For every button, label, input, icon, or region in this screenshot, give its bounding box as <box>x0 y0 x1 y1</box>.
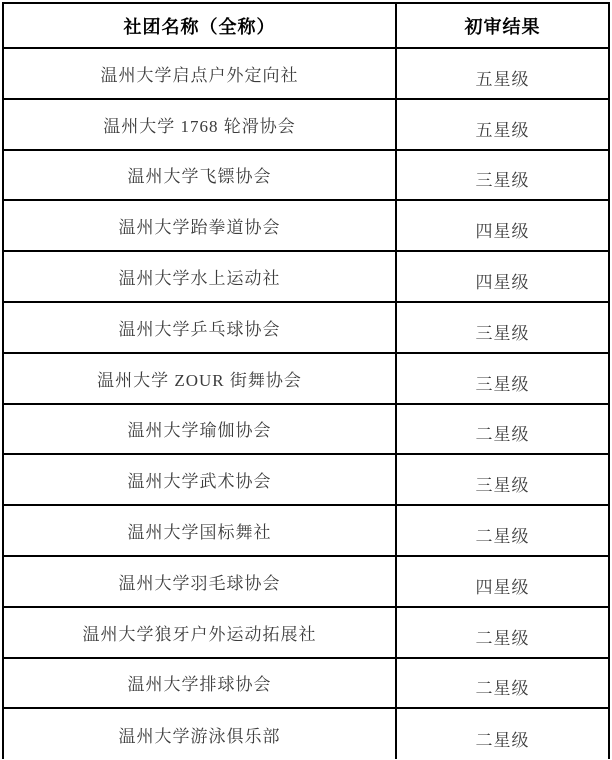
club-name: 温州大学飞镖协会 <box>128 167 272 186</box>
club-name-cell: 温州大学 1768 轮滑协会 <box>3 99 396 150</box>
review-result: 三星级 <box>476 166 530 191</box>
review-result: 二星级 <box>476 726 530 751</box>
table-header: 社团名称（全称） 初审结果 <box>3 3 609 48</box>
review-result: 三星级 <box>476 471 530 496</box>
club-name-cell: 温州大学狼牙户外运动拓展社 <box>3 607 396 658</box>
table-row: 温州大学瑜伽协会 二星级 <box>3 404 609 455</box>
club-name: 温州大学乒乓球协会 <box>119 320 281 339</box>
review-result: 三星级 <box>476 370 530 395</box>
review-result-cell: 二星级 <box>396 505 609 556</box>
review-result: 二星级 <box>476 522 530 547</box>
club-name: 温州大学武术协会 <box>128 472 272 491</box>
club-name-cell: 温州大学瑜伽协会 <box>3 404 396 455</box>
header-club-name: 社团名称（全称） <box>3 3 396 48</box>
club-name-cell: 温州大学启点户外定向社 <box>3 48 396 99</box>
club-name-cell: 温州大学乒乓球协会 <box>3 302 396 353</box>
club-name-cell: 温州大学 ZOUR 街舞协会 <box>3 353 396 404</box>
review-result: 四星级 <box>476 573 530 598</box>
review-result: 二星级 <box>476 420 530 445</box>
club-name-cell: 温州大学羽毛球协会 <box>3 556 396 607</box>
table-row: 温州大学武术协会 三星级 <box>3 454 609 505</box>
club-name-cell: 温州大学水上运动社 <box>3 251 396 302</box>
table-row: 温州大学排球协会 二星级 <box>3 658 609 709</box>
review-result: 三星级 <box>476 319 530 344</box>
review-result-cell: 二星级 <box>396 607 609 658</box>
review-result-cell: 五星级 <box>396 99 609 150</box>
club-name-cell: 温州大学跆拳道协会 <box>3 200 396 251</box>
header-club-name-label: 社团名称（全称） <box>124 17 276 37</box>
table-row: 温州大学启点户外定向社 五星级 <box>3 48 609 99</box>
table-row: 温州大学 ZOUR 街舞协会 三星级 <box>3 353 609 404</box>
header-review-result-label: 初审结果 <box>465 17 541 37</box>
review-result-cell: 四星级 <box>396 251 609 302</box>
club-name: 温州大学跆拳道协会 <box>119 218 281 237</box>
table-row: 温州大学狼牙户外运动拓展社 二星级 <box>3 607 609 658</box>
header-review-result: 初审结果 <box>396 3 609 48</box>
club-name-cell: 温州大学排球协会 <box>3 658 396 709</box>
club-name: 温州大学羽毛球协会 <box>119 574 281 593</box>
club-review-table: 社团名称（全称） 初审结果 温州大学启点户外定向社 五星级 温州大学 1768 … <box>2 2 610 759</box>
club-name-cell: 温州大学国标舞社 <box>3 505 396 556</box>
club-name: 温州大学游泳俱乐部 <box>119 727 281 746</box>
table-row: 温州大学飞镖协会 三星级 <box>3 150 609 201</box>
club-name-cell: 温州大学游泳俱乐部 <box>3 708 396 759</box>
review-result: 二星级 <box>476 674 530 699</box>
club-name: 温州大学瑜伽协会 <box>128 421 272 440</box>
club-name-cell: 温州大学武术协会 <box>3 454 396 505</box>
review-result-cell: 二星级 <box>396 658 609 709</box>
table-row: 温州大学 1768 轮滑协会 五星级 <box>3 99 609 150</box>
review-result-cell: 三星级 <box>396 302 609 353</box>
club-name: 温州大学狼牙户外运动拓展社 <box>83 625 317 644</box>
review-result: 二星级 <box>476 624 530 649</box>
review-result-cell: 二星级 <box>396 708 609 759</box>
review-result-cell: 三星级 <box>396 353 609 404</box>
club-name: 温州大学 ZOUR 街舞协会 <box>97 371 302 390</box>
review-result-cell: 四星级 <box>396 200 609 251</box>
review-result: 四星级 <box>476 268 530 293</box>
review-result: 五星级 <box>476 65 530 90</box>
table-row: 温州大学游泳俱乐部 二星级 <box>3 708 609 759</box>
table-row: 温州大学国标舞社 二星级 <box>3 505 609 556</box>
document-page: 社团名称（全称） 初审结果 温州大学启点户外定向社 五星级 温州大学 1768 … <box>0 0 612 760</box>
table-row: 温州大学乒乓球协会 三星级 <box>3 302 609 353</box>
club-name: 温州大学启点户外定向社 <box>101 66 299 85</box>
review-result-cell: 五星级 <box>396 48 609 99</box>
club-name-cell: 温州大学飞镖协会 <box>3 150 396 201</box>
table-row: 温州大学羽毛球协会 四星级 <box>3 556 609 607</box>
club-name: 温州大学 1768 轮滑协会 <box>103 117 296 136</box>
club-name: 温州大学国标舞社 <box>128 523 272 542</box>
table-row: 温州大学跆拳道协会 四星级 <box>3 200 609 251</box>
review-result-cell: 三星级 <box>396 150 609 201</box>
review-result-cell: 三星级 <box>396 454 609 505</box>
review-result: 四星级 <box>476 217 530 242</box>
club-name: 温州大学排球协会 <box>128 675 272 694</box>
table-body: 温州大学启点户外定向社 五星级 温州大学 1768 轮滑协会 五星级 温州大学飞… <box>3 48 609 759</box>
table-row: 温州大学水上运动社 四星级 <box>3 251 609 302</box>
club-name: 温州大学水上运动社 <box>119 269 281 288</box>
review-result: 五星级 <box>476 116 530 141</box>
review-result-cell: 二星级 <box>396 404 609 455</box>
review-result-cell: 四星级 <box>396 556 609 607</box>
header-row: 社团名称（全称） 初审结果 <box>3 3 609 48</box>
